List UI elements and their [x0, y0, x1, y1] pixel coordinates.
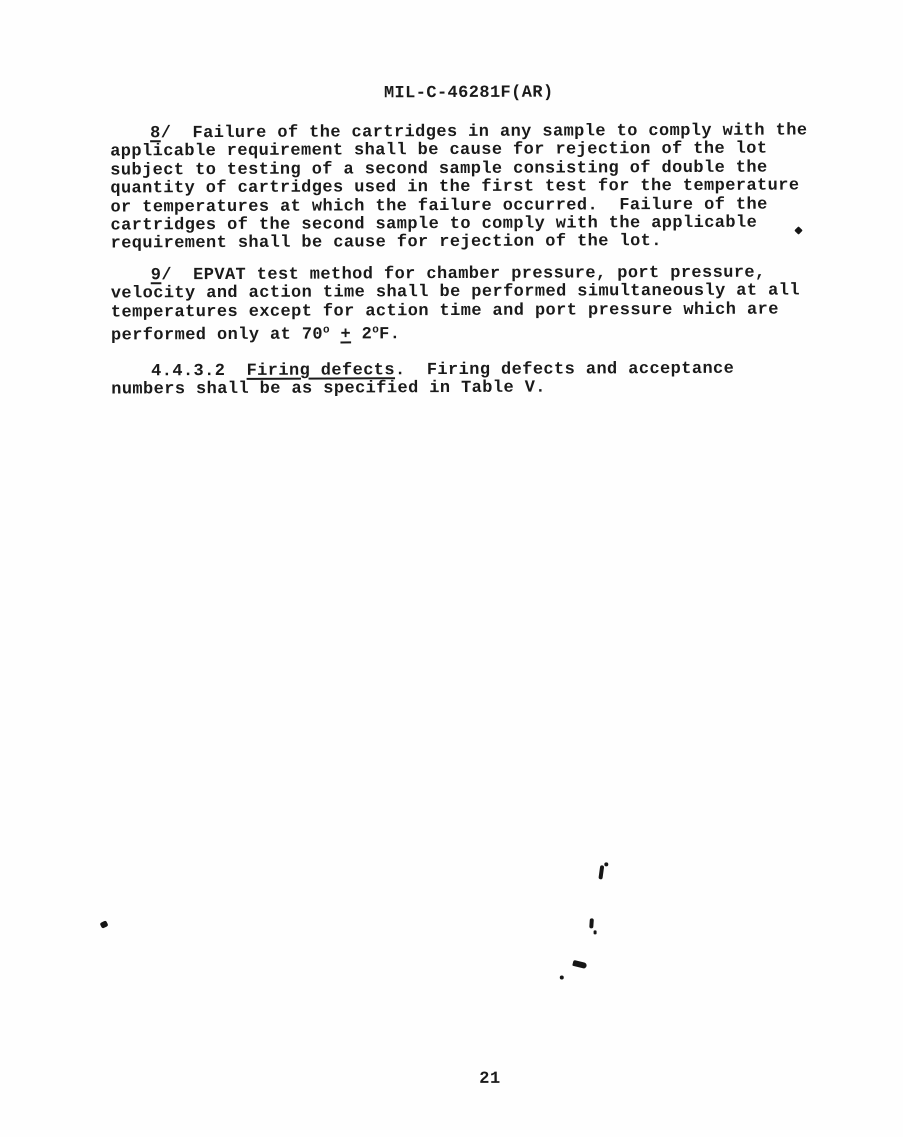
scanned-content: MIL-C-46281F(AR) 8/ Failure of the cartr…	[0, 0, 903, 1137]
ink-speck	[604, 862, 608, 866]
footnote-8-line-7: requirement shall be cause for rejection…	[111, 233, 851, 255]
ink-speck	[560, 976, 564, 980]
page-number: 21	[479, 1070, 501, 1089]
temp-tolerance: 2	[351, 326, 372, 345]
footnote-8: 8/ Failure of the cartridges in any samp…	[110, 122, 851, 254]
section-line-1-text: . Firing defects and acceptance	[395, 360, 734, 380]
temp-prefix: performed only at 70	[111, 326, 323, 346]
plus-minus-symbol: +	[340, 326, 351, 345]
section-4-4-3-2: 4.4.3.2 Firing defects. Firing defects a…	[111, 360, 851, 400]
footnote-9-line-4: performed only at 70o + 2oF.	[111, 319, 851, 346]
section-title: Firing defects	[247, 361, 396, 381]
footnote-9-marker: 9	[151, 266, 162, 285]
temp-suffix: F.	[379, 325, 400, 344]
doc-id-header: MIL-C-46281F(AR)	[384, 84, 554, 104]
ink-speck	[589, 918, 594, 928]
ink-speck	[598, 865, 604, 879]
section-line-2: numbers shall be as specified in Table V…	[111, 379, 851, 401]
ink-speck	[100, 920, 109, 928]
section-number: 4.4.3.2	[151, 362, 247, 381]
footnote-9: 9/ EPVAT test method for chamber pressur…	[111, 264, 851, 346]
ink-speck	[572, 960, 587, 969]
footnote-8-marker: 8	[150, 124, 161, 143]
space	[330, 326, 341, 345]
footnote-9-line-3: temperatures except for action time and …	[111, 301, 851, 323]
document-page: MIL-C-46281F(AR) 8/ Failure of the cartr…	[0, 0, 903, 1137]
ink-speck	[594, 930, 597, 934]
